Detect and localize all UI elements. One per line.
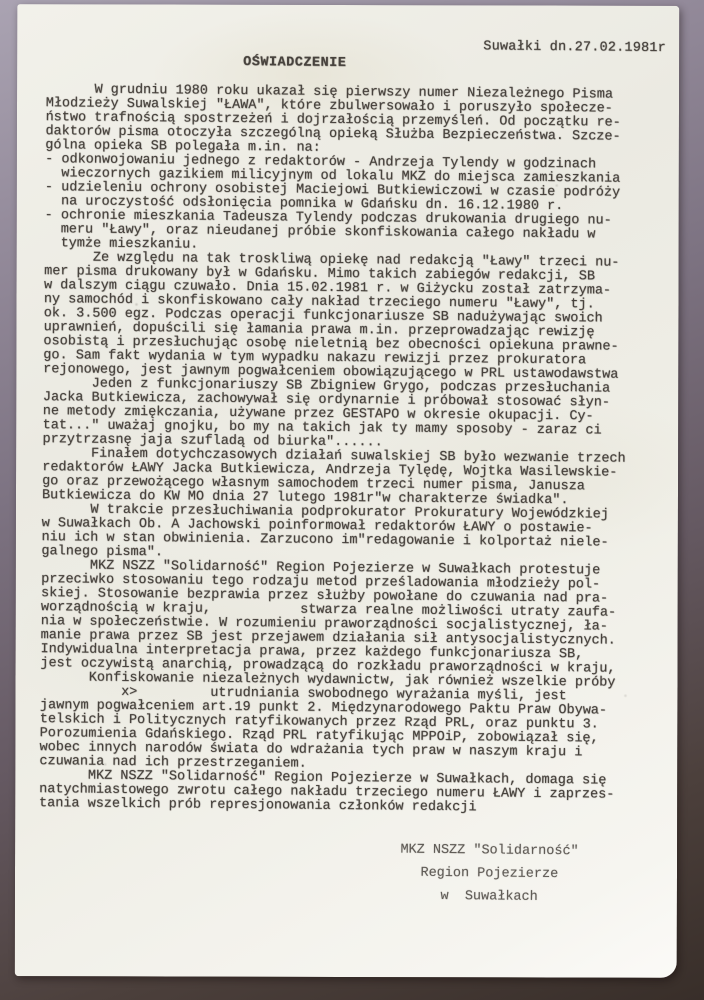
signature-line: w Suwałkach <box>354 884 624 910</box>
signature-line: MKZ NSZZ "Solidarność" <box>354 838 624 864</box>
document-dateline: Suwałki dn.27.02.1981r <box>483 39 666 56</box>
scanner-bed: { "document": { "dateline": "Suwałki dn.… <box>0 0 704 1000</box>
document-title: OŚWIADCZENIE <box>243 55 346 71</box>
document-page: Suwałki dn.27.02.1981r OŚWIADCZENIE W gr… <box>15 4 680 978</box>
signature-block: MKZ NSZZ "Solidarność"Region Pojezierzew… <box>354 838 625 910</box>
document-content: Suwałki dn.27.02.1981r OŚWIADCZENIE W gr… <box>8 4 679 982</box>
signature-line: Region Pojezierze <box>354 861 624 887</box>
document-body: W grudniu 1980 roku ukazał się pierwszy … <box>39 83 629 817</box>
